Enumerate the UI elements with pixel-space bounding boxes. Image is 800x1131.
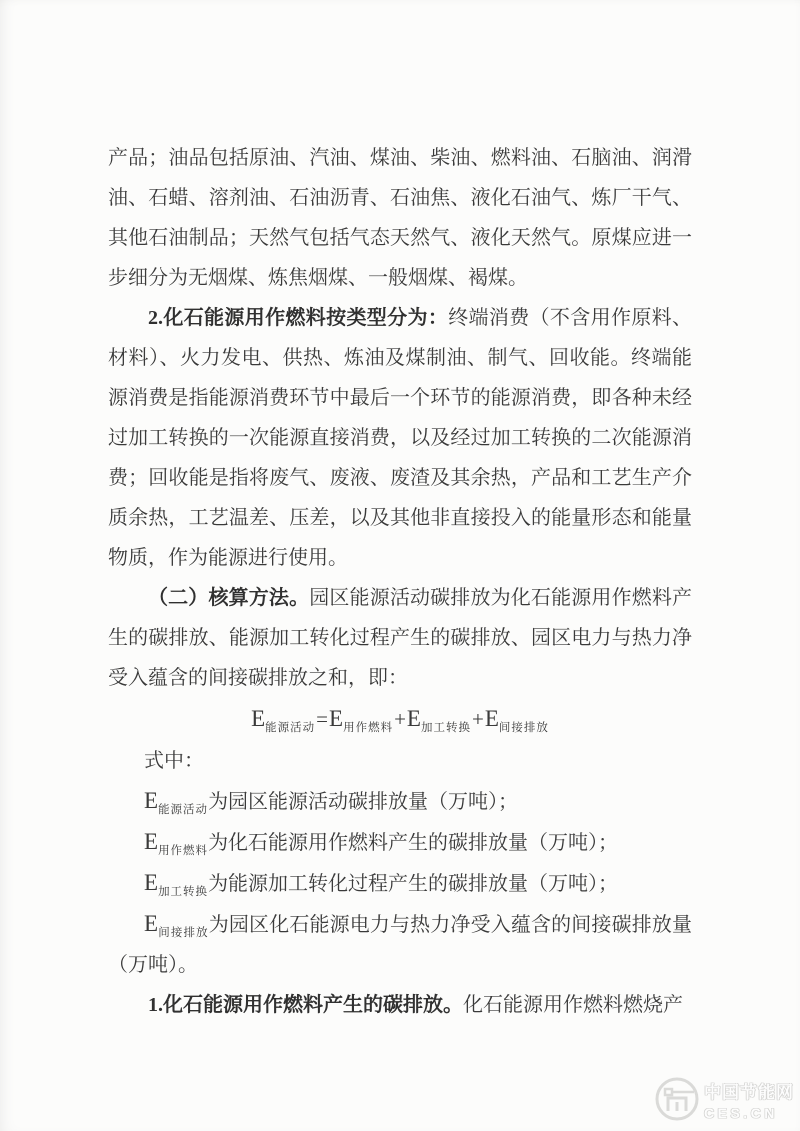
definition-processing-conversion: E加工转换为能源加工转化过程产生的碳排放量（万吨）； xyxy=(108,863,692,904)
formula-plus-sign-1: + xyxy=(393,707,407,731)
watermark: 中国节能网 CES.CN xyxy=(653,1075,794,1123)
definition-text-indirect-emissions: 为园区化石能源电力与热力净受入蕴含的间接碳排放量（万吨）。 xyxy=(108,914,692,976)
watermark-text: 中国节能网 CES.CN xyxy=(704,1078,794,1121)
definition-symbol-energy-activity: E xyxy=(144,788,158,813)
watermark-site-domain: CES.CN xyxy=(704,1105,794,1121)
definition-symbol-used-as-fuel: E xyxy=(144,829,158,854)
definition-used-as-fuel: E用作燃料为化石能源用作燃料产生的碳排放量（万吨）； xyxy=(108,822,692,863)
definition-symbol-processing-conversion: E xyxy=(144,870,158,895)
scanned-document-page: 产品；油品包括原油、汽油、煤油、柴油、燃料油、石脑油、润滑油、石蜡、溶剂油、石油… xyxy=(0,0,800,1131)
document-body-text: 产品；油品包括原油、汽油、煤油、柴油、燃料油、石脑油、润滑油、石蜡、溶剂油、石油… xyxy=(108,138,692,1025)
definition-symbol-indirect-emissions: E xyxy=(144,911,158,936)
definition-subscript-energy-activity: 能源活动 xyxy=(158,804,208,816)
paragraph-body-item-2: 终端消费（不含用作原料、材料）、火力发电、供热、炼油及煤制油、制气、回收能。终端… xyxy=(108,307,692,569)
paragraph-lead-section-2: （二）核算方法。 xyxy=(148,587,309,609)
watermark-site-name: 中国节能网 xyxy=(704,1078,794,1103)
definition-text-energy-activity: 为园区能源活动碳排放量（万吨）； xyxy=(208,791,518,813)
formula-term-indirect-emissions: E xyxy=(485,706,499,731)
ces-logo-icon xyxy=(653,1075,701,1123)
formula-term-used-as-fuel: E xyxy=(329,706,343,731)
definition-energy-activity: E能源活动为园区能源活动碳排放量（万吨）； xyxy=(108,781,692,822)
formula-subscript-processing-conversion: 加工转换 xyxy=(421,722,471,734)
formula-subscript-energy-activity: 能源活动 xyxy=(265,722,315,734)
formula-plus-sign-2: + xyxy=(471,707,485,731)
formula-subscript-used-as-fuel: 用作燃料 xyxy=(343,722,393,734)
definition-indirect-emissions: E间接排放为园区化石能源电力与热力净受入蕴含的间接碳排放量（万吨）。 xyxy=(108,904,692,985)
emissions-formula: E能源活动=E用作燃料+E加工转换+E间接排放 xyxy=(108,698,692,741)
formula-intro-label: 式中： xyxy=(108,741,692,781)
paragraph-body-item-1: 化石能源用作燃料燃烧产 xyxy=(463,994,683,1016)
paragraph-lead-item-1: 1.化石能源用作燃料产生的碳排放。 xyxy=(148,994,463,1016)
paragraph-accounting-method: （二）核算方法。园区能源活动碳排放为化石能源用作燃料产生的碳排放、能源加工转化过… xyxy=(108,578,692,698)
paragraph-lead-item-2: 2.化石能源用作燃料按类型分为： xyxy=(148,307,448,329)
formula-term-processing-conversion: E xyxy=(407,706,421,731)
formula-term-energy-activity: E xyxy=(251,706,265,731)
definition-subscript-indirect-emissions: 间接排放 xyxy=(158,927,209,939)
definition-subscript-used-as-fuel: 用作燃料 xyxy=(158,845,208,857)
definition-text-processing-conversion: 为能源加工转化过程产生的碳排放量（万吨）； xyxy=(208,873,618,895)
paragraph-fuel-types: 产品；油品包括原油、汽油、煤油、柴油、燃料油、石脑油、润滑油、石蜡、溶剂油、石油… xyxy=(108,138,692,298)
definition-subscript-processing-conversion: 加工转换 xyxy=(158,886,208,898)
paragraph-fuel-combustion-emissions: 1.化石能源用作燃料产生的碳排放。化石能源用作燃料燃烧产 xyxy=(108,985,692,1025)
paragraph-fuel-usage-categories: 2.化石能源用作燃料按类型分为：终端消费（不含用作原料、材料）、火力发电、供热、… xyxy=(108,298,692,578)
formula-equals-sign: = xyxy=(315,707,329,731)
definition-text-used-as-fuel: 为化石能源用作燃料产生的碳排放量（万吨）； xyxy=(208,832,618,854)
formula-subscript-indirect-emissions: 间接排放 xyxy=(499,722,549,734)
